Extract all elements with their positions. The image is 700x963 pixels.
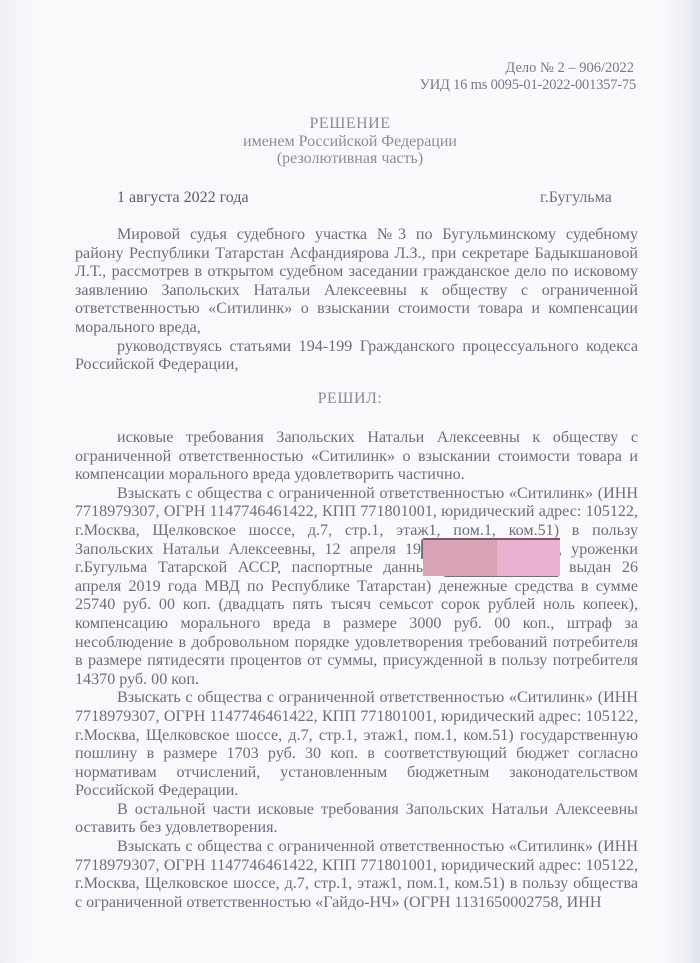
decision-city: г.Бугульма — [540, 189, 612, 207]
redaction-box — [423, 538, 560, 576]
document-subtitle: именем Российской Федерации — [0, 133, 700, 151]
case-number: Дело № 2 – 906/2022 — [505, 60, 634, 77]
document-title: РЕШЕНИЕ — [0, 115, 700, 133]
intro-paragraph: Мировой судья судебного участка №3 по Бу… — [75, 226, 638, 338]
resolution-paragraph-4: В остальной части исковые требования Зап… — [75, 801, 638, 838]
redaction-right — [497, 540, 560, 576]
resolution-paragraph-1: исковые требования Запольских Натальи Ал… — [75, 429, 638, 485]
intro-section: Мировой судья судебного участка №3 по Бу… — [75, 226, 638, 375]
document-page: Дело № 2 – 906/2022 УИД 16 ms 0095-01-20… — [0, 0, 700, 963]
decision-date: 1 августа 2022 года — [117, 189, 249, 207]
case-uid: УИД 16 ms 0095-01-2022-001357-75 — [420, 77, 636, 94]
legal-basis-paragraph: руководствуясь статьями 194-199 Гражданс… — [75, 338, 638, 375]
resolution-section: исковые требования Запольских Натальи Ал… — [75, 429, 638, 912]
document-part-label: (резолютивная часть) — [0, 150, 700, 168]
resolution-paragraph-2: Взыскать с общества с ограниченной ответ… — [75, 485, 638, 690]
resolution-paragraph-5: Взыскать с общества с ограниченной ответ… — [75, 838, 638, 912]
redaction-left — [423, 540, 497, 576]
resolution-paragraph-3: Взыскать с общества с ограниченной ответ… — [75, 689, 638, 801]
decided-heading: РЕШИЛ: — [0, 390, 700, 408]
